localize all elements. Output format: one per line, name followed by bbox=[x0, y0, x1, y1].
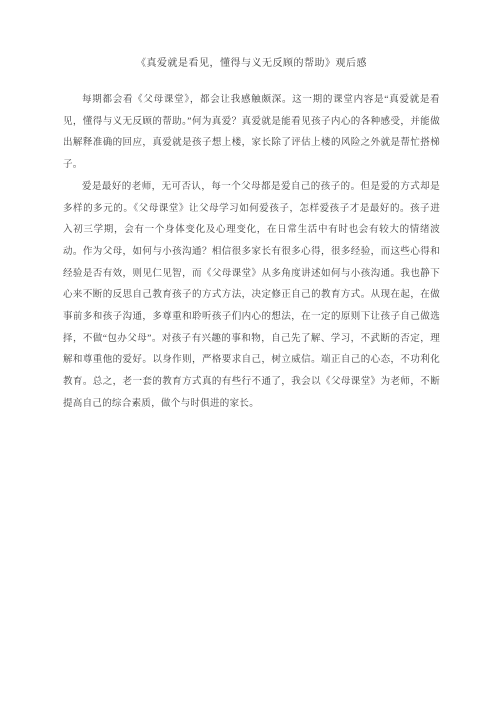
paragraph-body: 爱是最好的老师，无可否认，每一个父母都是爱自己的孩子的。但是爱的方式却是多样的多… bbox=[63, 177, 440, 416]
document-page: 《真爱就是看见，懂得与义无反顾的帮助》观后感 每期都会看《父母课堂》，都会让我感… bbox=[0, 0, 500, 707]
paragraph-intro: 每期都会看《父母课堂》，都会让我感触颇深。这一期的课堂内容是“真爱就是看见，懂得… bbox=[63, 90, 440, 177]
document-title: 《真爱就是看见，懂得与义无反顾的帮助》观后感 bbox=[63, 57, 440, 71]
